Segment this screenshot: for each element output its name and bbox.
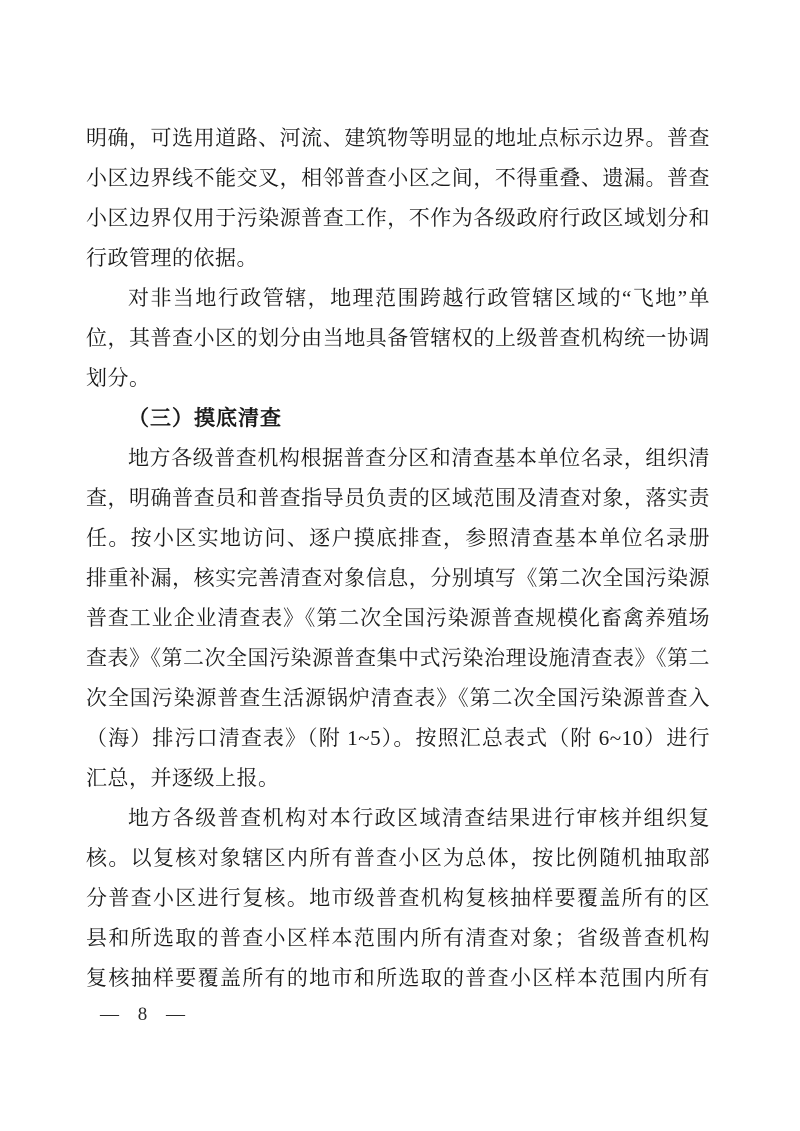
document-body: 明确，可选用道路、河流、建筑物等明显的地址点标示边界。普查 小区边界线不能交叉，…: [86, 118, 710, 998]
body-line: 位，其普查小区的划分由当地具备管辖权的上级普查机构统一协调: [86, 318, 710, 358]
body-line: 明确，可选用道路、河流、建筑物等明显的地址点标示边界。普查: [86, 118, 710, 158]
body-line: 排重补漏，核实完善清查对象信息，分别填写《第二次全国污染源: [86, 558, 710, 598]
body-line: 查，明确普查员和普查指导员负责的区域范围及清查对象，落实责: [86, 478, 710, 518]
paragraph-survey-forms: 地方各级普查机构根据普查分区和清查基本单位名录，组织清 查，明确普查员和普查指导…: [86, 438, 710, 798]
body-line: 县和所选取的普查小区样本范围内所有清查对象；省级普查机构: [86, 918, 710, 958]
paragraph-enclave-units: 对非当地行政管辖，地理范围跨越行政管辖区域的“飞地”单 位，其普查小区的划分由当…: [86, 278, 710, 398]
body-line: 小区边界仅用于污染源普查工作，不作为各级政府行政区域划分和: [86, 198, 710, 238]
body-line: 小区边界线不能交叉，相邻普查小区之间，不得重叠、遗漏。普查: [86, 158, 710, 198]
page-footer: — 8 —: [100, 1000, 192, 1030]
body-line: 复核抽样要覆盖所有的地市和所选取的普查小区样本范围内所有: [86, 958, 710, 998]
body-line: 查表》《第二次全国污染源普查集中式污染治理设施清查表》《第二: [86, 638, 710, 678]
body-line: 普查工业企业清查表》《第二次全国污染源普查规模化畜禽养殖场清: [86, 598, 710, 638]
body-line: 对非当地行政管辖，地理范围跨越行政管辖区域的“飞地”单: [86, 278, 710, 318]
body-line: 核。以复核对象辖区内所有普查小区为总体，按比例随机抽取部: [86, 838, 710, 878]
body-line: 划分。: [86, 358, 710, 398]
body-line: 分普查小区进行复核。地市级普查机构复核抽样要覆盖所有的区: [86, 878, 710, 918]
paragraph-review-sampling: 地方各级普查机构对本行政区域清查结果进行审核并组织复 核。以复核对象辖区内所有普…: [86, 798, 710, 998]
paragraph-boundary-rules: 明确，可选用道路、河流、建筑物等明显的地址点标示边界。普查 小区边界线不能交叉，…: [86, 118, 710, 278]
body-line: 地方各级普查机构根据普查分区和清查基本单位名录，组织清: [86, 438, 710, 478]
body-line: （海）排污口清查表》（附 1~5）。按照汇总表式（附 6~10）进行: [86, 718, 710, 758]
body-line: 任。按小区实地访问、逐户摸底排查，参照清查基本单位名录册(库)，: [86, 518, 710, 558]
document-page: 明确，可选用道路、河流、建筑物等明显的地址点标示边界。普查 小区边界线不能交叉，…: [0, 0, 800, 1131]
body-line: 行政管理的依据。: [86, 238, 710, 278]
body-line: 次全国污染源普查生活源锅炉清查表》《第二次全国污染源普查入河: [86, 678, 710, 718]
section-heading-modi-qingcha: （三）摸底清查: [86, 398, 710, 438]
body-line: 汇总，并逐级上报。: [86, 758, 710, 798]
page-number: — 8 —: [100, 1004, 192, 1025]
body-line: 地方各级普查机构对本行政区域清查结果进行审核并组织复: [86, 798, 710, 838]
